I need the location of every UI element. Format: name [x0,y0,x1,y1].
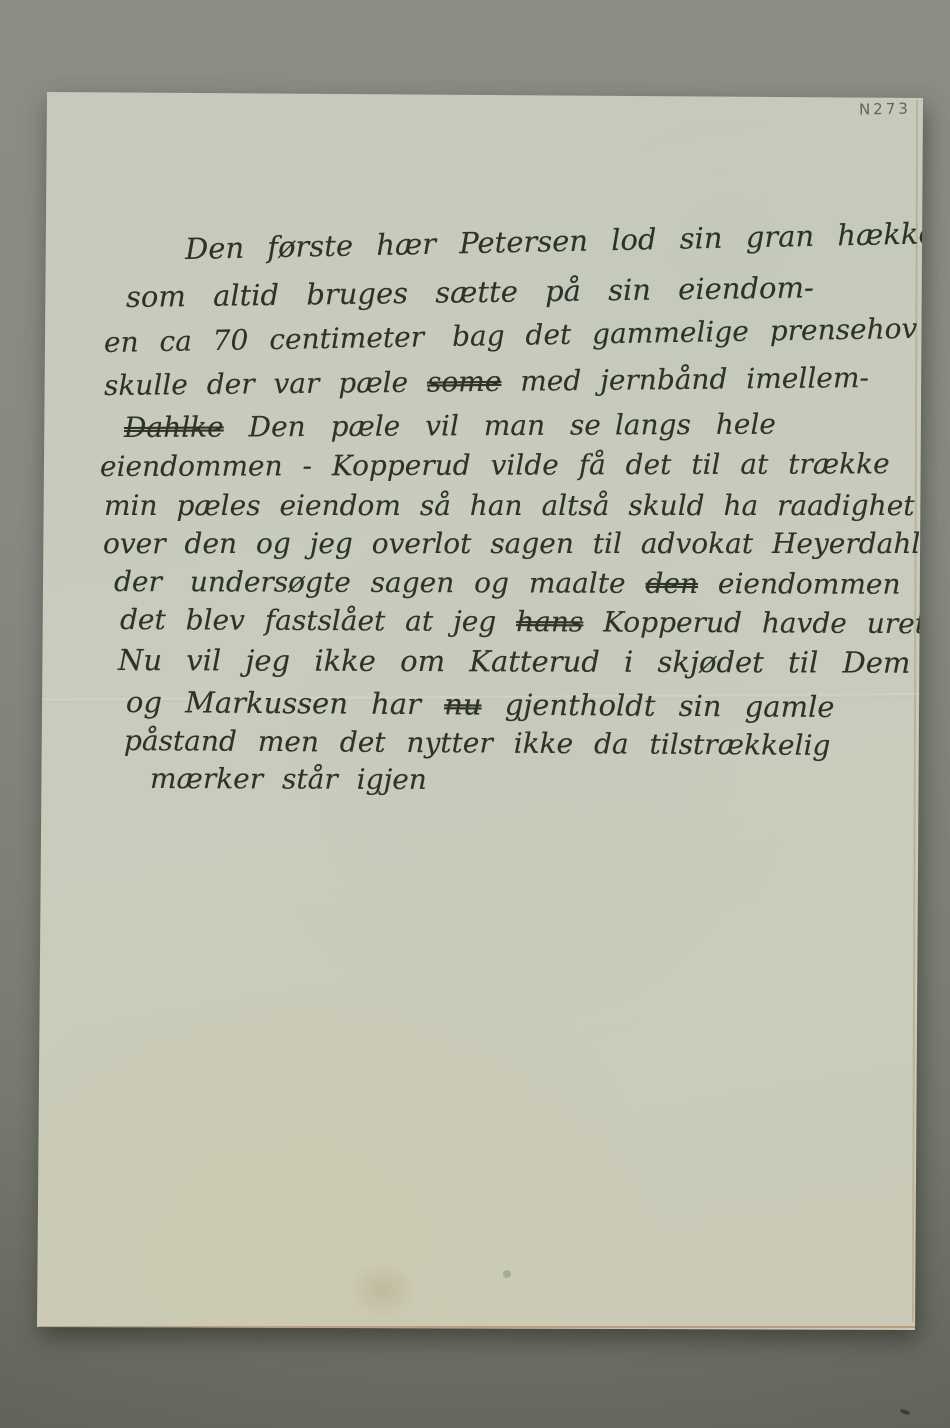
handwritten-text: med jernbånd imellem- [501,361,869,398]
struck-out-word: den [645,567,698,600]
handwritten-line: som altid bruges sætte på sin eiendom- [126,270,814,314]
photograph-of-letter: N273 Den første hær Petersen lod sin gra… [0,0,950,1428]
handwritten-text: over den og jeg overlot sagen til advoka… [103,527,935,560]
handwritten-text: eiendommen - Kopperud vilde få det til a… [100,447,890,483]
handwritten-text: min pæles eiendom så han altså skuld ha … [104,489,915,522]
handwritten-text: Kopperud havde uret [583,605,926,640]
handwritten-line: min pæles eiendom så han altså skuld ha … [104,489,915,522]
handwritten-text: Den pæle vil man se langs hele [224,408,776,444]
handwritten-text: påstand men det nytter ikke da tilstrækk… [124,724,831,762]
handwritten-line: Den første hær Petersen lod sin gran hæk… [185,216,936,266]
handwritten-line: og Markussen har nu gjentholdt sin gamle [126,685,835,724]
handwritten-text: Den første hær Petersen lod sin gran hæk… [185,216,936,266]
handwritten-text: mærker står igjen [150,762,427,796]
handwritten-text: gjentholdt sin gamle [481,687,834,723]
handwritten-text: skulle der var pæle [104,366,427,402]
letter-paper-shadow: N273 Den første hær Petersen lod sin gra… [37,90,923,1330]
handwritten-text: en ca 70 centimeter bag det gammelige pr… [104,312,918,359]
handwritten-line: skulle der var pæle some med jernbånd im… [104,361,869,402]
handwritten-line: over den og jeg overlot sagen til advoka… [103,527,935,560]
struck-out-word: Dahlke [124,410,224,444]
handwritten-text: Nu vil jeg ikke om Katterud i skjødet ti… [118,643,911,680]
struck-out-word: some [427,365,502,399]
handwritten-line: Dahlke Den pæle vil man se langs hele [124,408,776,444]
handwritten-text: der undersøgte sagen og maalte [114,565,646,600]
struck-out-word: nu [444,687,482,721]
handwritten-line: påstand men det nytter ikke da tilstrækk… [124,724,831,762]
handwritten-line: en ca 70 centimeter bag det gammelige pr… [104,312,918,359]
handwritten-text: som altid bruges sætte på sin eiendom- [126,270,814,314]
handwritten-line: eiendommen - Kopperud vilde få det til a… [100,447,890,483]
letter-paper: N273 Den første hær Petersen lod sin gra… [37,90,923,1330]
handwritten-text-block: Den første hær Petersen lod sin gran hæk… [37,90,923,1330]
handwritten-text: eiendommen og [698,567,950,601]
handwritten-text: og Markussen har [126,685,444,721]
background-speck [900,1408,911,1415]
handwritten-line: det blev fastslået at jeg hans Kopperud … [120,603,926,640]
handwritten-line: mærker står igjen [150,762,427,796]
handwritten-line: der undersøgte sagen og maalte den eiend… [114,565,950,601]
handwritten-line: Nu vil jeg ikke om Katterud i skjødet ti… [118,643,911,680]
handwritten-text: det blev fastslået at jeg [120,603,516,638]
struck-out-word: hans [516,605,583,638]
